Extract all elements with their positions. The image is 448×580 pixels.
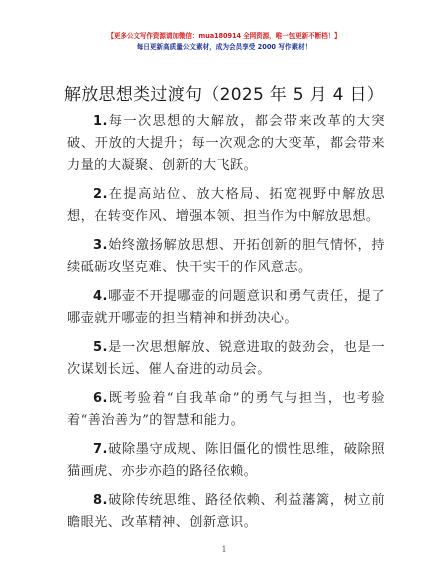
page-number: 1 xyxy=(0,545,448,554)
document-page: 【更多公文写作资源请加微信：mua180914 全网资源，唯一包更新不断档！】 … xyxy=(0,0,448,580)
paragraph-text: 每一次思想的大解放，都会带来改革的大突破、开放的大提升；每一次观念的大变革，都会… xyxy=(67,114,385,173)
promo-banner-line-2: 每日更新高质量公文素材，成为会员享受 2000 写作素材！ xyxy=(0,41,448,51)
paragraph-text: 是一次思想解放、锐意进取的鼓劲会，也是一次谋划长远、催人奋进的动员会。 xyxy=(67,340,385,377)
paragraph-5: 5.是一次思想解放、锐意进取的鼓劲会，也是一次谋划长远、催人奋进的动员会。 xyxy=(67,337,385,381)
paragraph-text: 哪壶不开提哪壶的问题意识和勇气责任，提了哪壶就开哪壶的担当精神和拼劲决心。 xyxy=(67,289,385,326)
paragraph-7: 7.破除墨守成规、陈旧僵化的惯性思维，破除照猫画虎、亦步亦趋的路径依赖。 xyxy=(67,439,385,483)
paragraph-number: 6. xyxy=(93,391,108,406)
paragraph-number: 5. xyxy=(93,340,108,355)
paragraph-number: 3. xyxy=(93,238,108,253)
paragraph-number: 4. xyxy=(93,289,108,304)
paragraph-text: 破除墨守成规、陈旧僵化的惯性思维，破除照猫画虎、亦步亦趋的路径依赖。 xyxy=(67,442,385,479)
paragraph-number: 2. xyxy=(93,187,108,202)
paragraph-text: 始终激扬解放思想、开拓创新的胆气情怀，持续砥砺攻坚克难、快干实干的作风意志。 xyxy=(67,238,385,275)
paragraph-1: 1.每一次思想的大解放，都会带来改革的大突破、开放的大提升；每一次观念的大变革，… xyxy=(67,111,385,177)
paragraph-text: 破除传统思维、路径依赖、利益藩篱，树立前瞻眼光、改革精神、创新意识。 xyxy=(67,493,385,530)
document-body: 1.每一次思想的大解放，都会带来改革的大突破、开放的大提升；每一次观念的大变革，… xyxy=(67,111,385,541)
paragraph-text: 既考验着“自我革命”的勇气与担当，也考验着“善治善为”的智慧和能力。 xyxy=(67,391,385,428)
paragraph-text: 在提高站位、放大格局、拓宽视野中解放思想，在转变作风、增强本领、担当作为中解放思… xyxy=(67,187,385,224)
paragraph-8: 8.破除传统思维、路径依赖、利益藩篱，树立前瞻眼光、改革精神、创新意识。 xyxy=(67,490,385,534)
paragraph-number: 7. xyxy=(93,442,108,457)
paragraph-6: 6.既考验着“自我革命”的勇气与担当，也考验着“善治善为”的智慧和能力。 xyxy=(67,388,385,432)
paragraph-3: 3.始终激扬解放思想、开拓创新的胆气情怀，持续砥砺攻坚克难、快干实干的作风意志。 xyxy=(67,235,385,279)
paragraph-number: 8. xyxy=(93,493,108,508)
paragraph-number: 1. xyxy=(93,114,108,129)
paragraph-4: 4.哪壶不开提哪壶的问题意识和勇气责任，提了哪壶就开哪壶的担当精神和拼劲决心。 xyxy=(67,286,385,330)
paragraph-2: 2.在提高站位、放大格局、拓宽视野中解放思想，在转变作风、增强本领、担当作为中解… xyxy=(67,184,385,228)
promo-banner-line-1: 【更多公文写作资源请加微信：mua180914 全网资源，唯一包更新不断档！】 xyxy=(0,30,448,40)
document-title: 解放思想类过渡句（2025 年 5 月 4 日） xyxy=(0,80,448,105)
